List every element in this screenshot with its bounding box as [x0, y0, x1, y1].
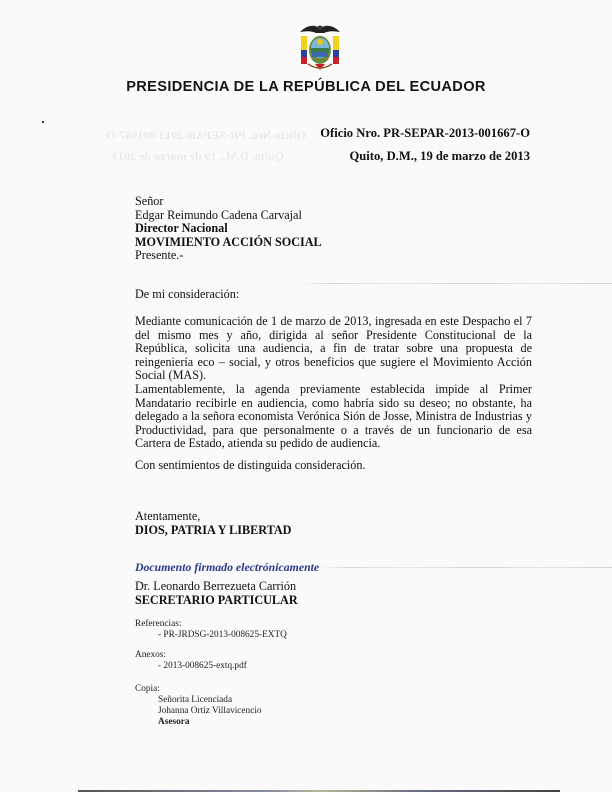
body-paragraph-2: Lamentablemente, la agenda previamente e… [135, 383, 532, 451]
copy-recipient-title: Asesora [135, 717, 262, 728]
copy-label: Copia: [135, 684, 262, 695]
bleed-through-text: Quito, D.M., 19 de marzo de 2013 [112, 149, 284, 164]
bleed-through-text: Oficio Nro. PR-SEPAR-2013-001667-O [106, 128, 306, 143]
references-label: Referencias: [135, 619, 287, 630]
fold-line [300, 283, 612, 284]
copy-recipient-salutation: Señorita Licenciada [135, 695, 262, 706]
signer-block: Dr. Leonardo Berrezueta Carrión SECRETAR… [135, 580, 298, 607]
electronic-signature-note: Documento firmado electrónicamente [135, 560, 319, 575]
recipient-presente: Presente.- [135, 249, 322, 263]
motto: DIOS, PATRIA Y LIBERTAD [135, 524, 291, 538]
valediction: Atentamente, [135, 510, 291, 524]
annexes-block: Anexos: - 2013-008625-extq.pdf [135, 650, 247, 672]
recipient-organization: MOVIMIENTO ACCIÓN SOCIAL [135, 236, 322, 250]
copy-recipient-name: Johanna Ortiz Villavicencio [135, 706, 262, 717]
signer-title: SECRETARIO PARTICULAR [135, 594, 298, 608]
closing-line: Con sentimientos de distinguida consider… [135, 459, 532, 473]
recipient-title: Director Nacional [135, 222, 322, 236]
organization-title: PRESIDENCIA DE LA REPÚBLICA DEL ECUADOR [0, 79, 612, 95]
signer-name: Dr. Leonardo Berrezueta Carrión [135, 580, 298, 594]
reference-item: - PR-JRDSG-2013-008625-EXTQ [135, 630, 287, 641]
annexes-label: Anexos: [135, 650, 247, 661]
scan-speck [42, 121, 44, 123]
greeting: De mi consideración: [135, 288, 532, 302]
fold-line [320, 567, 612, 568]
references-block: Referencias: - PR-JRDSG-2013-008625-EXTQ [135, 619, 287, 641]
copy-block: Copia: Señorita Licenciada Johanna Ortiz… [135, 684, 262, 728]
ecuador-coat-of-arms-icon [296, 18, 344, 74]
place-date: Quito, D.M., 19 de marzo de 2013 [350, 149, 531, 164]
recipient-salutation: Señor [135, 195, 322, 209]
recipient-block: Señor Edgar Reimundo Cadena Carvajal Dir… [135, 195, 322, 263]
annex-item[interactable]: - 2013-008625-extq.pdf [135, 661, 247, 672]
valediction-block: Atentamente, DIOS, PATRIA Y LIBERTAD [135, 510, 291, 537]
oficio-number: Oficio Nro. PR-SEPAR-2013-001667-O [320, 126, 530, 141]
body-paragraph-1: Mediante comunicación de 1 de marzo de 2… [135, 315, 532, 383]
recipient-name: Edgar Reimundo Cadena Carvajal [135, 209, 322, 223]
